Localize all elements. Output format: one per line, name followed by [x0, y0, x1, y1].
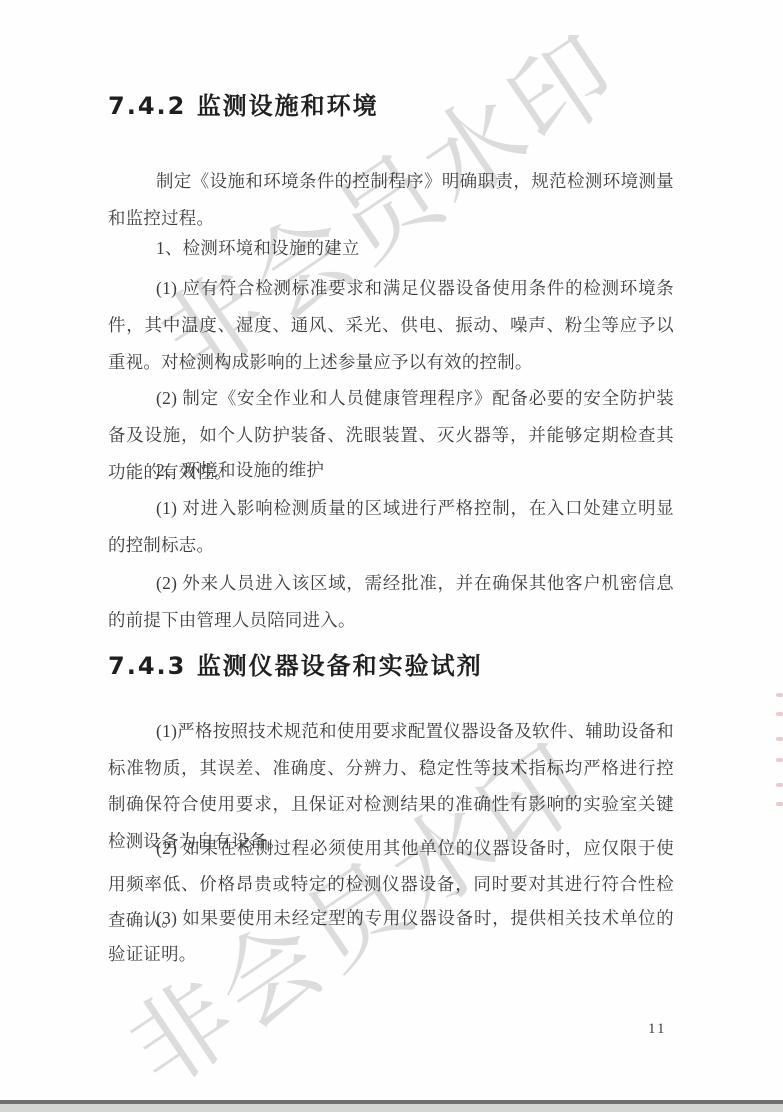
paragraph-742-item1: (1) 应有符合检测标准要求和满足仪器设备使用条件的检测环境条件，其中温度、湿度…: [108, 270, 674, 381]
list-item-environment-establish: 1、检测环境和设施的建立: [108, 230, 674, 267]
ink-bleed-mark: [776, 783, 783, 787]
paragraph-intro-742: 制定《设施和环境条件的控制程序》明确职责，规范检测环境测量和监控过程。: [108, 163, 674, 237]
paragraph-743-item3: (3) 如果要使用未经定型的专用仪器设备时，提供相关技术单位的验证证明。: [108, 900, 674, 972]
section-heading-742: 7.4.2 监测设施和环境: [108, 94, 379, 118]
ink-bleed-mark: [776, 758, 783, 762]
ink-bleed-mark: [776, 693, 783, 697]
list-item-environment-maintain: 2、环境和设施的维护: [108, 452, 674, 489]
scan-edge-strip: [0, 1104, 783, 1112]
ink-bleed-mark: [776, 802, 783, 806]
scanned-document-page: 非会员水印 非会员水印 7.4.2 监测设施和环境 制定《设施和环境条件的控制程…: [0, 0, 783, 1112]
paragraph-742-maintain-item2: (2) 外来人员进入该区域，需经批准，并在确保其他客户机密信息的前提下由管理人员…: [108, 565, 674, 639]
page-number: 11: [648, 1021, 666, 1038]
section-heading-743: 7.4.3 监测仪器设备和实验试剂: [108, 654, 483, 678]
ink-bleed-mark: [776, 712, 783, 716]
ink-bleed-mark: [776, 737, 783, 741]
paragraph-742-maintain-item1: (1) 对进入影响检测质量的区域进行严格控制，在入口处建立明显的控制标志。: [108, 490, 674, 564]
